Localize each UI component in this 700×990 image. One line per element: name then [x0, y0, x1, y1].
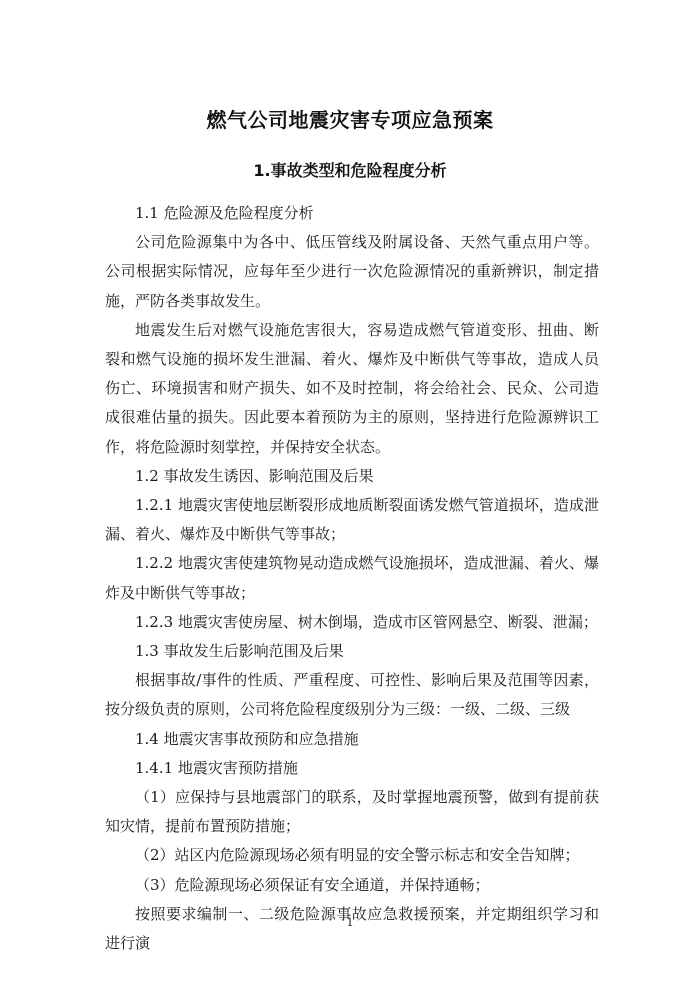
- document-page: 燃气公司地震灾害专项应急预案 1.事故类型和危险程度分析 1.1 危险源及危险程…: [0, 0, 700, 990]
- document-body: 1.1 危险源及危险程度分析 公司危险源集中为各中、低压管线及附属设备、天然气重…: [105, 199, 599, 958]
- paragraph-earthquake-damage: 地震发生后对燃气设施危害很大，容易造成燃气管道变形、扭曲、断裂和燃气设施的损坏发…: [105, 316, 599, 462]
- page-number: 1: [0, 916, 700, 929]
- measure-item-1: （1）应保持与县地震部门的联系，及时掌握地震预警，做到有提前获知灾情，提前布置预…: [105, 783, 599, 841]
- paragraph-risk-levels: 根据事故/事件的性质、严重程度、可控性、影响后果及范围等因素，按分级负责的原则，…: [105, 666, 599, 724]
- paragraph-hazard-sources: 公司危险源集中为各中、低压管线及附属设备、天然气重点用户等。公司根据实际情况，应…: [105, 228, 599, 316]
- measure-item-2: （2）站区内危险源现场必须有明显的安全警示标志和安全告知牌；: [105, 841, 599, 870]
- measure-item-3: （3）危险源现场必须保证有安全通道，并保持通畅；: [105, 871, 599, 900]
- subsection-heading-1-4-1: 1.4.1 地震灾害预防措施: [105, 754, 599, 783]
- subsection-heading-1-4: 1.4 地震灾害事故预防和应急措施: [105, 725, 599, 754]
- subsection-heading-1-1: 1.1 危险源及危险程度分析: [105, 199, 599, 228]
- document-title: 燃气公司地震灾害专项应急预案: [0, 104, 700, 133]
- subsection-heading-1-2: 1.2 事故发生诱因、影响范围及后果: [105, 462, 599, 491]
- subsection-heading-1-3: 1.3 事故发生后影响范围及后果: [105, 637, 599, 666]
- item-1-2-2: 1.2.2 地震灾害使建筑物晃动造成燃气设施损坏，造成泄漏、着火、爆炸及中断供气…: [105, 549, 599, 607]
- item-1-2-1: 1.2.1 地震灾害使地层断裂形成地质断裂面诱发燃气管道损坏，造成泄漏、着火、爆…: [105, 491, 599, 549]
- paragraph-emergency-plan: 按照要求编制一、二级危险源事故应急救援预案，并定期组织学习和进行演: [105, 900, 599, 958]
- item-1-2-3: 1.2.3 地震灾害使房屋、树木倒塌，造成市区管网悬空、断裂、泄漏；: [105, 608, 599, 637]
- section-heading: 1.事故类型和危险程度分析: [0, 158, 700, 181]
